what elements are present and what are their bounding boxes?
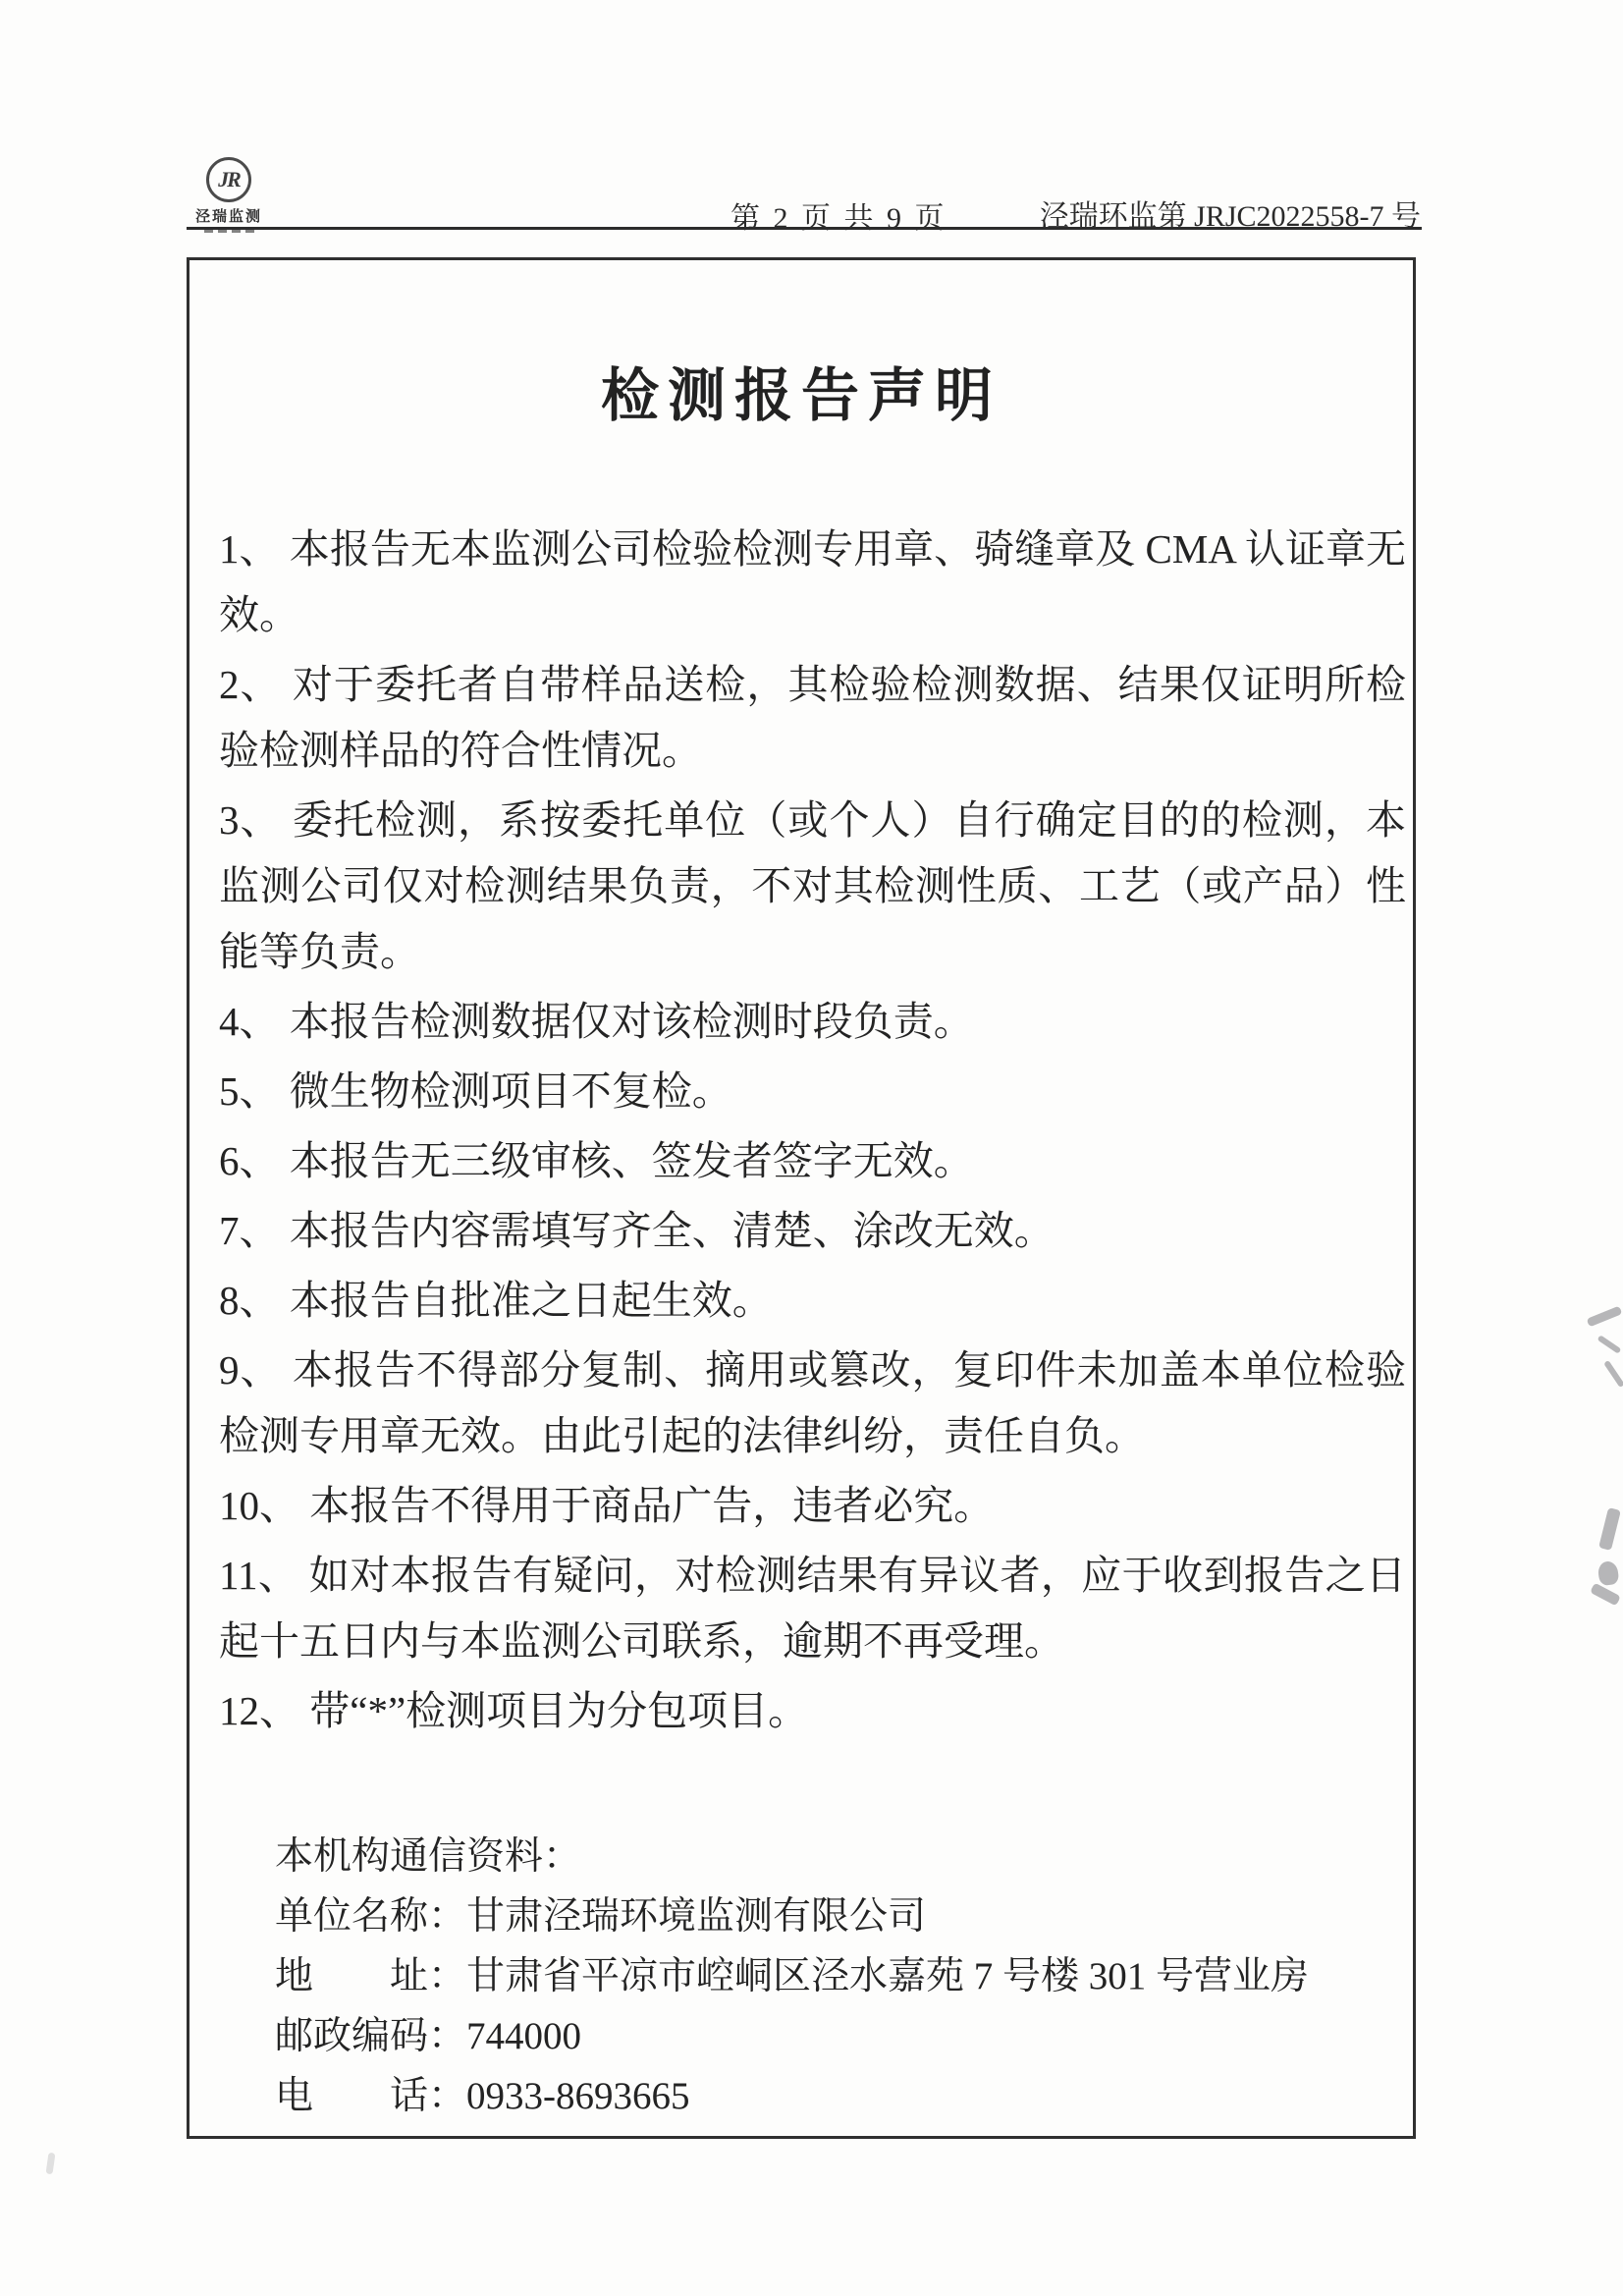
- contact-value-address: 甘肃省平凉市崆峒区泾水嘉苑 7 号楼 301 号营业房: [466, 1955, 1309, 1997]
- contact-label-postcode: 邮政编码：: [275, 2015, 466, 2057]
- scan-artifact-mark: [1590, 1583, 1621, 1607]
- statement-item-9: 9、 本报告不得部分复制、摘用或篡改，复印件未加盖本单位检验检测专用章无效。由此…: [219, 1338, 1406, 1469]
- scan-artifact-mark: [1596, 1560, 1619, 1587]
- scan-artifact-mark: [46, 2153, 56, 2175]
- contact-value-phone: 0933-8693665: [466, 2075, 690, 2117]
- logo-monogram-text: JR: [218, 167, 240, 192]
- scan-artifact-mark: [1603, 1360, 1623, 1388]
- scan-artifact-mark: [1598, 1507, 1621, 1551]
- contact-row-company: 单位名称：甘肃泾瑞环境监测有限公司: [275, 1886, 1376, 1946]
- page-number: 第 2 页 共 9 页: [730, 193, 947, 237]
- contact-label-phone: 电 话：: [275, 2075, 466, 2117]
- contact-value-postcode: 744000: [466, 2015, 581, 2057]
- contact-row-postcode: 邮政编码：744000: [275, 2006, 1376, 2066]
- statement-item-11: 11、 如对本报告有疑问，对检测结果有异议者，应于收到报告之日起十五日内与本监测…: [219, 1543, 1406, 1674]
- statement-item-3: 3、 委托检测，系按委托单位（或个人）自行确定目的的检测，本监测公司仅对检测结果…: [219, 788, 1406, 985]
- statement-item-5: 5、 微生物检测项目不复检。: [219, 1059, 1406, 1124]
- logo-jr-monogram-icon: JR: [206, 157, 251, 202]
- statement-item-2: 2、 对于委托者自带样品送检，其检验检测数据、结果仅证明所检验检测样品的符合性情…: [219, 652, 1406, 784]
- contact-value-company: 甘肃泾瑞环境监测有限公司: [466, 1895, 926, 1938]
- statement-box: 检测报告声明 1、 本报告无本监测公司检验检测专用章、骑缝章及 CMA 认证章无…: [187, 257, 1416, 2139]
- logo-company-name: 泾瑞监测: [194, 205, 263, 226]
- company-logo: JR 泾瑞监测: [194, 157, 263, 233]
- scan-artifact-mark: [1587, 1306, 1623, 1328]
- statement-items: 1、 本报告无本监测公司检验检测专用章、骑缝章及 CMA 认证章无效。 2、 对…: [219, 517, 1406, 1744]
- scan-artifact-mark: [1597, 1335, 1622, 1354]
- contact-label-company: 单位名称：: [275, 1895, 466, 1938]
- statement-item-10: 10、 本报告不得用于商品广告，违者必究。: [219, 1473, 1406, 1539]
- statement-item-1: 1、 本报告无本监测公司检验检测专用章、骑缝章及 CMA 认证章无效。: [219, 517, 1406, 648]
- document-page: JR 泾瑞监测 第 2 页 共 9 页 泾瑞环监第 JRJC2022558-7 …: [0, 0, 1623, 2296]
- contact-label-address: 地 址：: [275, 1955, 466, 1997]
- contact-row-phone: 电 话：0933-8693665: [275, 2066, 1376, 2126]
- statement-item-8: 8、 本报告自批准之日起生效。: [219, 1268, 1406, 1334]
- contact-info: 本机构通信资料： 单位名称：甘肃泾瑞环境监测有限公司 地 址：甘肃省平凉市崆峒区…: [275, 1827, 1376, 2126]
- statement-item-6: 6、 本报告无三级审核、签发者签字无效。: [219, 1128, 1406, 1194]
- statement-item-4: 4、 本报告检测数据仅对该检测时段负责。: [219, 989, 1406, 1055]
- statement-item-12: 12、 带“*”检测项目为分包项目。: [219, 1678, 1406, 1744]
- header-divider: [187, 227, 1422, 230]
- contact-heading: 本机构通信资料：: [275, 1827, 1376, 1886]
- contact-row-address: 地 址：甘肃省平凉市崆峒区泾水嘉苑 7 号楼 301 号营业房: [275, 1946, 1376, 2006]
- statement-title: 检测报告声明: [189, 349, 1413, 432]
- statement-item-7: 7、 本报告内容需填写齐全、清楚、涂改无效。: [219, 1198, 1406, 1264]
